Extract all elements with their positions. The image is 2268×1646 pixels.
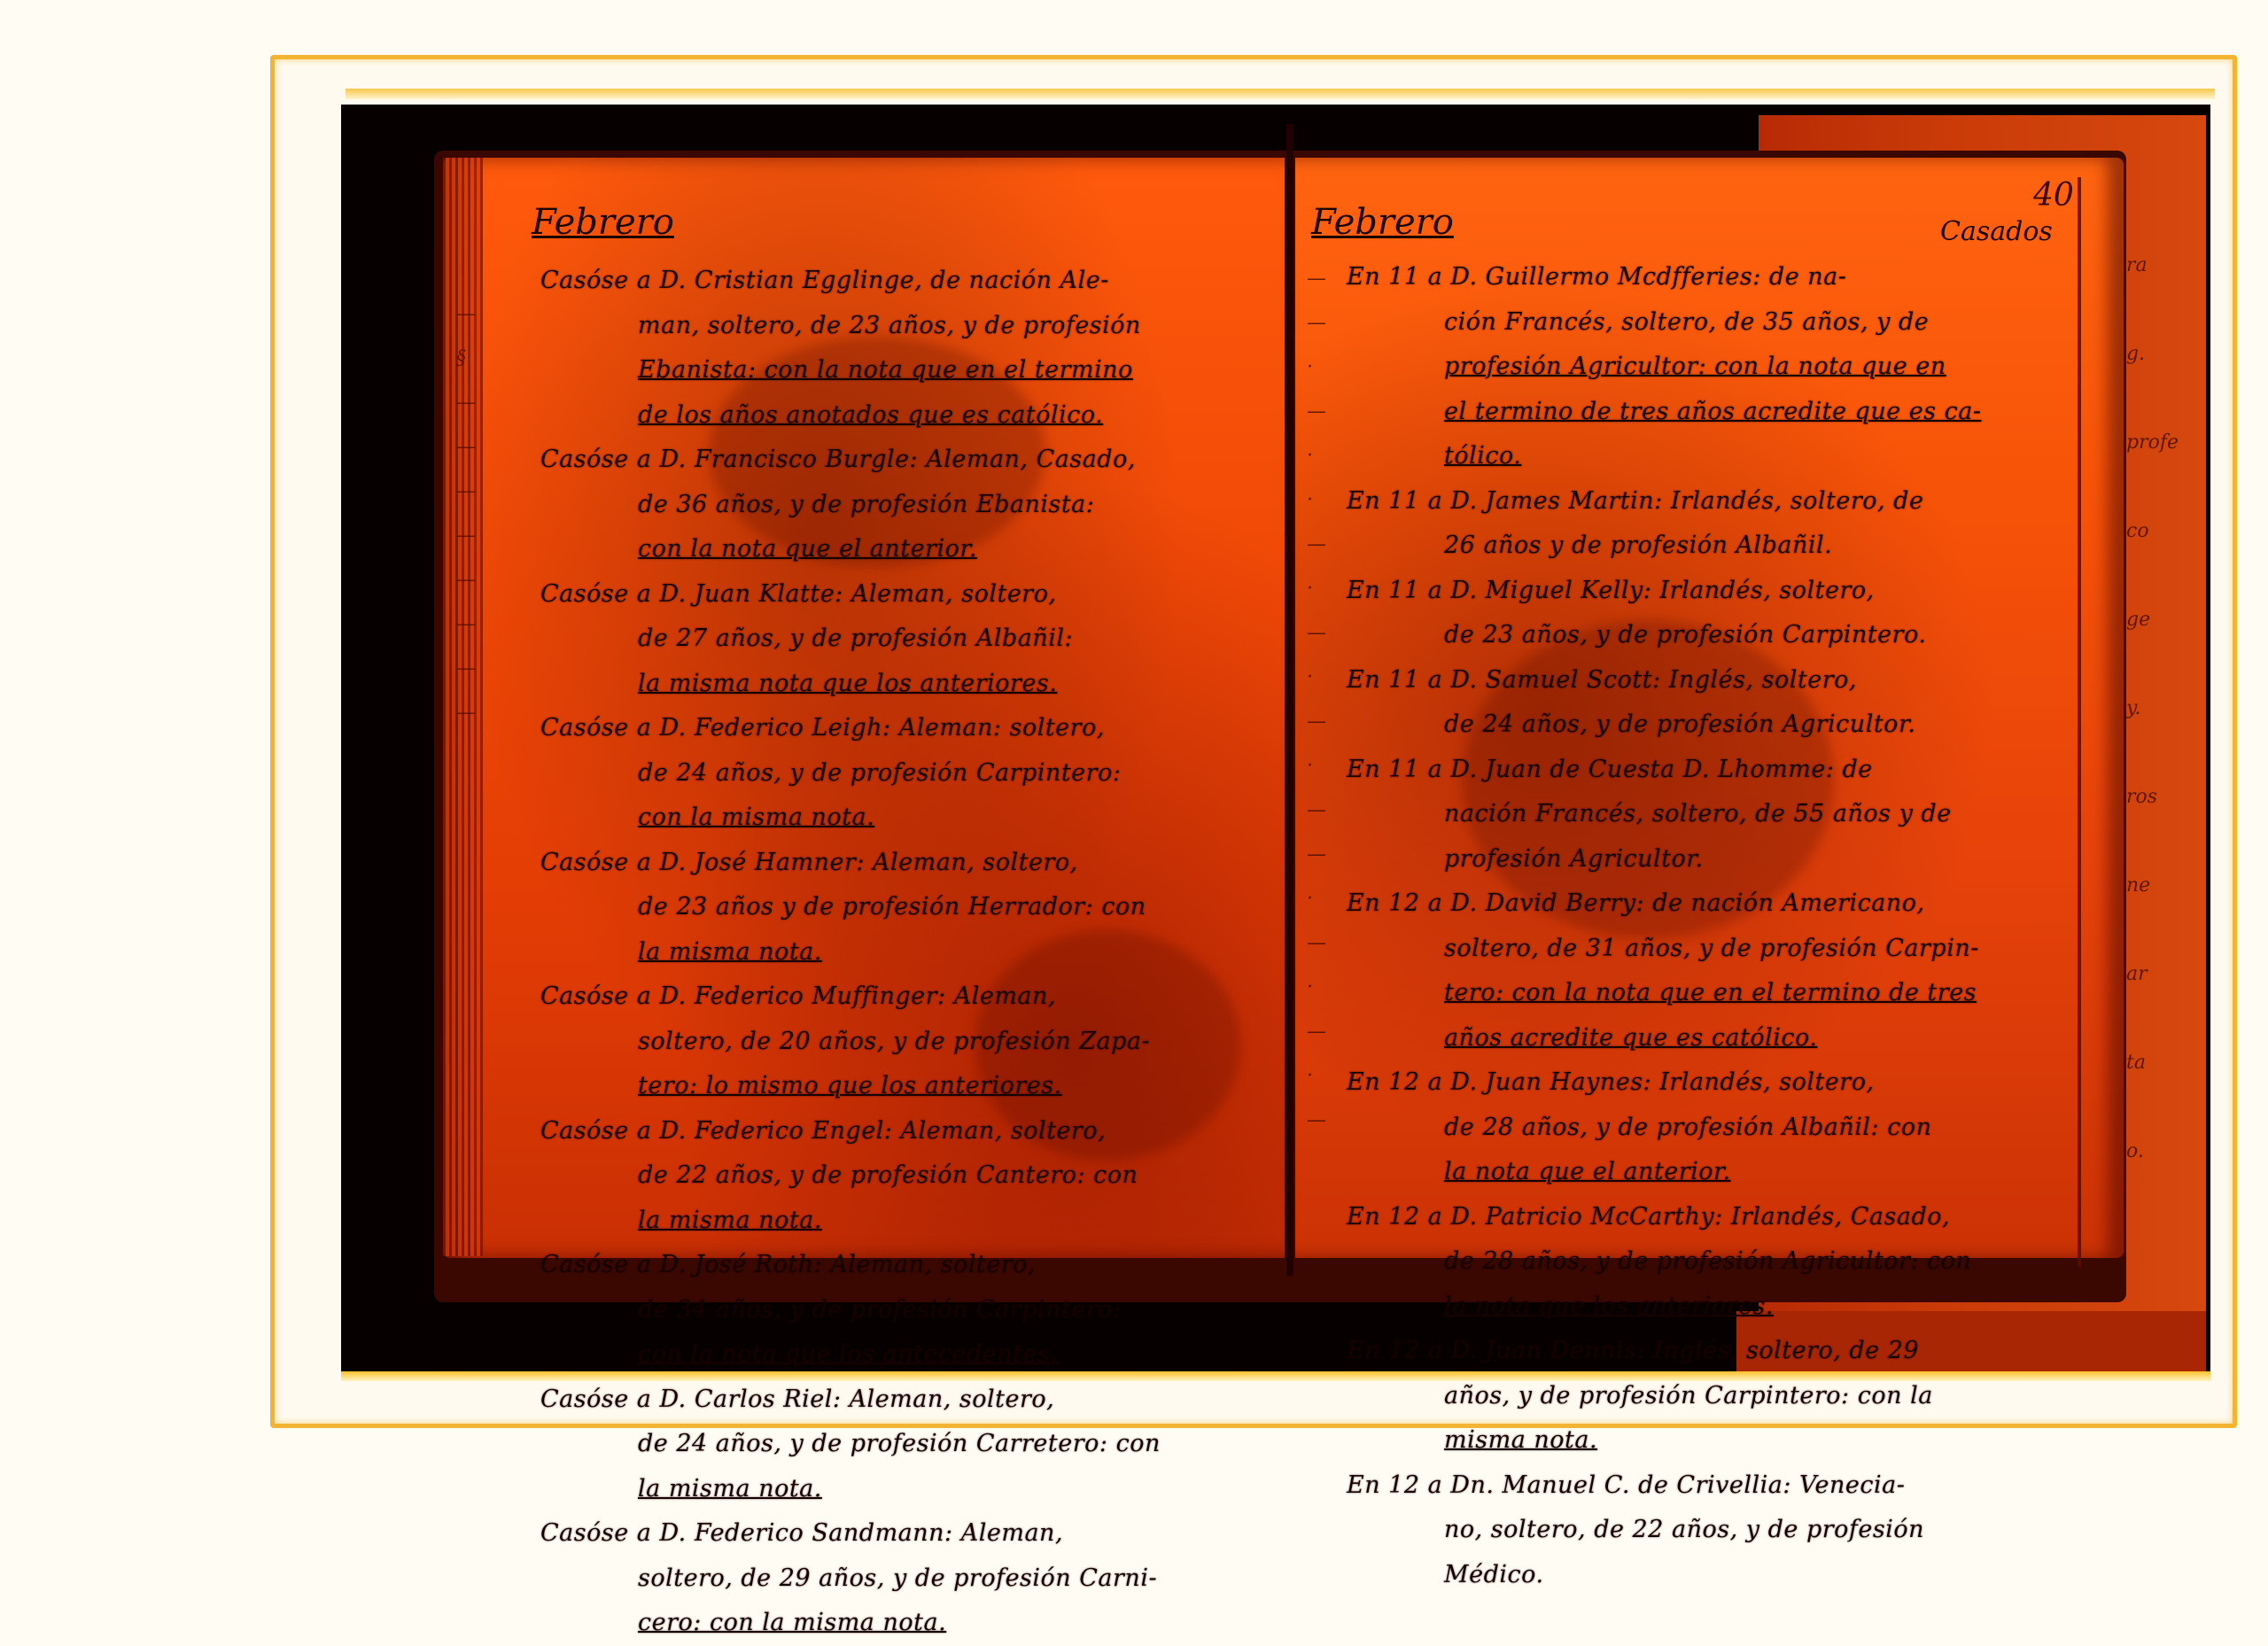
facing-page-fragment: co [2126,487,2188,576]
register-detail-line: soltero, de 31 años, y de profesión Carp… [1347,927,2091,972]
margin-mark: — [456,691,540,735]
margin-mark: § [456,337,540,381]
register-note-line: tero: lo mismo que los anteriores. [540,1064,1293,1109]
register-detail-line: de 24 años, y de profesión Carpintero: [540,751,1293,796]
register-entry-line: En 11 a D. James Martin: Irlandés, solte… [1347,479,2091,524]
register-note-line: la misma nota. [540,930,1293,975]
facing-page-fragment: ge [2126,576,2188,664]
facing-page-fragment: g. [2126,310,2188,399]
register-detail-line: de 28 años, y de profesión Albañil: con [1347,1106,2091,1151]
right-page-header: Febrero [1311,202,1454,243]
register-note-line: la misma nota. [540,1199,1293,1244]
register-entry-line: En 12 a Dn. Manuel C. de Crivellia: Vene… [1347,1464,2091,1509]
register-entry-line: En 11 a D. Miguel Kelly: Irlandés, solte… [1347,569,2091,614]
register-detail-line: de 24 años, y de profesión Carretero: co… [540,1422,1293,1467]
register-note-line: de los años anotados que es católico. [540,393,1293,439]
facing-page-fragment: ros [2126,753,2188,842]
margin-mark: — [456,514,540,558]
facing-page-fragment: ar [2126,930,2188,1019]
margin-mark: — [456,381,540,425]
margin-mark: — [456,470,540,514]
register-detail-line: de 34 años, y de profesión Carpintero: [540,1288,1293,1333]
register-detail-line: de 36 años, y de profesión Ebanista: [540,483,1293,528]
facing-page-fragment: y. [2126,664,2188,753]
register-note-line: misma nota. [1347,1418,2091,1464]
register-note-line: la nota que el anterior. [1347,1150,2091,1195]
register-note-line: con la misma nota. [540,796,1293,841]
register-note-line: la misma nota que los anteriores. [540,662,1293,707]
register-note-line: la misma nota. [540,1467,1293,1512]
corner-annotation: Casados [1940,216,2053,247]
register-entry-line: En 12 a D. Patricio McCarthy: Irlandés, … [1347,1195,2091,1240]
margin-mark: — [456,602,540,647]
register-entry-line: En 11 a D. Juan de Cuesta D. Lhomme: de [1347,748,2091,793]
register-entry-line: Casóse a D. José Hamner: Aleman, soltero… [540,841,1293,886]
register-entry-line: Casóse a D. Francisco Burgle: Aleman, Ca… [540,438,1293,483]
left-margin-marks: — § — — — — — — — — [456,292,540,735]
register-note-line: con la nota que el anterior. [540,527,1293,572]
register-detail-line: años, y de profesión Carpintero: con la [1347,1374,2091,1419]
register-entry-line: En 12 a D. Juan Dennis: Inglés, soltero,… [1347,1329,2091,1374]
register-detail-line: de 24 años, y de profesión Agricultor. [1347,703,2091,748]
register-detail-line: de 23 años, y de profesión Carpintero. [1347,613,2091,658]
register-entry-line: En 11 a D. Guillermo Mcdfferies: de na- [1347,255,2091,300]
folio-number: 40 [2033,177,2074,214]
facing-page-fragment: profe [2126,399,2188,487]
facing-page-fragment: ra [2126,221,2188,310]
register-detail-line: de 23 años y de profesión Herrador: con [540,885,1293,930]
register-entry-line: Casóse a D. Federico Engel: Aleman, solt… [540,1109,1293,1154]
facing-page-fragment: ta [2126,1019,2188,1107]
register-note-line: tólico. [1347,434,2091,479]
register-entry-line: En 12 a D. David Berry: de nación Americ… [1347,881,2091,927]
register-note-line: Ebanista: con la nota que en el termino [540,348,1293,393]
left-page-entries: Casóse a D. Cristian Egglinge, de nación… [540,259,1293,1512]
register-detail-line: nación Francés, soltero, de 55 años y de [1347,792,2091,837]
register-detail-line: de 22 años, y de profesión Cantero: con [540,1153,1293,1199]
right-page-entries: En 11 a D. Guillermo Mcdfferies: de na-c… [1347,255,2091,1512]
register-note-line: profesión Agricultor: con la nota que en [1347,345,2091,390]
margin-mark: — [456,292,540,337]
register-entry-line: Casóse a D. Cristian Egglinge, de nación… [540,259,1293,304]
margin-mark: — [456,558,540,602]
register-entry-line: En 12 a D. Juan Haynes: Irlandés, solter… [1347,1060,2091,1106]
register-entry-line: En 11 a D. Samuel Scott: Inglés, soltero… [1347,658,2091,703]
register-note-line: con la nota que los antecedentes. [540,1332,1293,1378]
register-detail-line: man, soltero, de 23 años, y de profesión [540,304,1293,349]
facing-page-fragment: ne [2126,842,2188,930]
register-note-line: años acredite que es católico. [1347,1016,2091,1061]
register-entry-line: Casóse a D. Carlos Riel: Aleman, soltero… [540,1378,1293,1423]
register-entry-line: Casóse a D. Juan Klatte: Aleman, soltero… [540,572,1293,617]
facing-page-fragments: rag.profecogey.rosneartao. [2126,221,2188,1196]
register-detail-line: soltero, de 20 años, y de profesión Zapa… [540,1020,1293,1065]
register-entry-line: Casóse a D. Federico Muffinger: Aleman, [540,974,1293,1020]
register-note-line: el termino de tres años acredite que es … [1347,390,2091,435]
left-page-header: Febrero [532,202,674,243]
register-entry-line: Casóse a D. Federico Leigh: Aleman: solt… [540,706,1293,751]
register-detail-line: 26 años y de profesión Albañil. [1347,524,2091,569]
margin-mark: — [456,647,540,691]
register-note-line: tero: con la nota que en el termino de t… [1347,971,2091,1016]
register-detail-line: de 28 años, y de profesión Agricultor: c… [1347,1239,2091,1285]
margin-mark: — [456,425,540,470]
register-note-line: la nota que los anteriores. [1347,1285,2091,1330]
register-detail-line: ción Francés, soltero, de 35 años, y de [1347,300,2091,346]
register-detail-line: de 27 años, y de profesión Albañil: [540,617,1293,662]
register-detail-line: no, soltero, de 22 años, y de profesión [1347,1508,2091,1512]
facing-page-fragment: o. [2126,1107,2188,1196]
register-detail-line: profesión Agricultor. [1347,837,2091,882]
register-entry-line: Casóse a D. José Roth: Aleman, soltero, [540,1243,1293,1288]
mat-inner-edge-top [346,89,2215,99]
